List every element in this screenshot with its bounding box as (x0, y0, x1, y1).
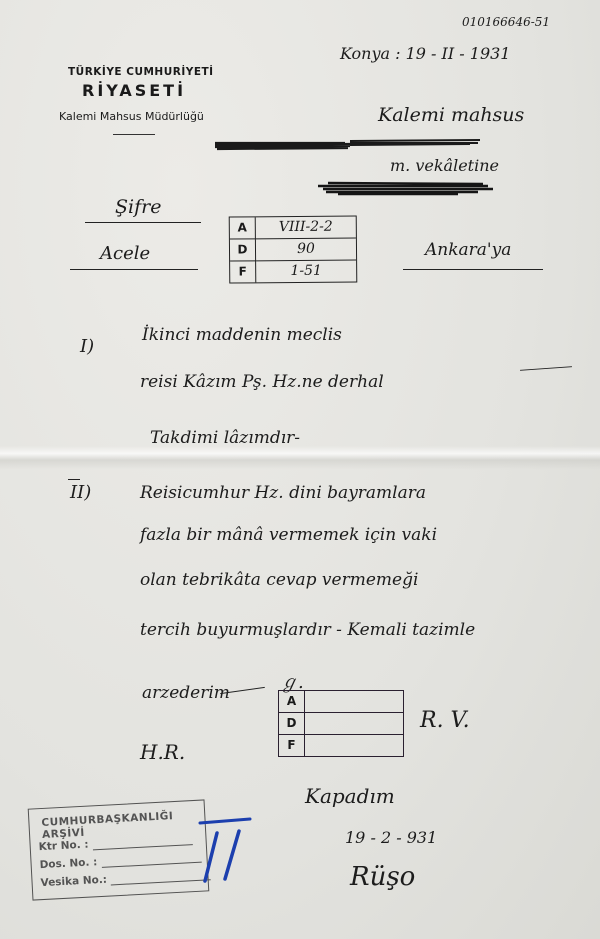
addressee-line-2: m. vekâletine (390, 156, 499, 175)
filing-label: F (279, 735, 305, 756)
item-1-line: İkinci maddenin meclis (142, 325, 342, 345)
item-2-line: Reisicumhur Hz. dini bayramlara (140, 483, 426, 503)
item-2-line: arzederim (142, 683, 230, 703)
stamp-label: Ktr No. : (38, 839, 88, 854)
filing-label: D (279, 713, 305, 735)
blue-pencil-mark-icon (195, 815, 255, 885)
item-1-line: Takdimi lâzımdır- (150, 428, 300, 448)
letterhead-department: Kalemi Mahsus Müdürlüğü (59, 110, 204, 123)
item-2-line: olan tebrikâta cevap vermemeği (140, 570, 418, 590)
stamp-label: Dos. No. : (39, 856, 97, 871)
stamp-line (101, 853, 201, 868)
filing-value (305, 713, 403, 735)
initials-right: R. V. (420, 708, 470, 733)
destination-label: Ankara'ya (425, 240, 511, 260)
item-1-number: I) (80, 336, 94, 357)
underline (70, 269, 198, 270)
filing-value: VIII-2-2 (256, 216, 356, 239)
archive-stamp: CUMHURBAŞKANLIĞI ARŞİVİ Ktr No. : Dos. N… (28, 799, 210, 900)
document-page: TÜRKİYE CUMHURİYETİ RİYASETİ Kalemi Mahs… (0, 0, 600, 939)
addressee-line-1: Kalemi mahsus (378, 104, 524, 126)
redaction-scribble (318, 180, 493, 196)
line-flourish (520, 366, 572, 371)
numeral-overbar (68, 479, 80, 480)
item-2-number: II) (70, 482, 91, 503)
filing-label: F (230, 261, 256, 282)
item-2-line: tercih buyurmuşlardır - Kemali tazimle (140, 620, 475, 640)
redaction-scribble (350, 137, 480, 147)
letterhead-office: RİYASETİ (82, 81, 186, 100)
stamp-row: Dos. No. : (39, 851, 201, 871)
cipher-label: Şifre (115, 196, 161, 218)
filing-value (305, 735, 403, 756)
filing-box-bottom: A D F (278, 690, 404, 757)
filing-value (305, 691, 403, 713)
letterhead-country: TÜRKİYE CUMHURİYETİ (68, 66, 214, 78)
filing-label: A (279, 691, 305, 713)
signature-date: 19 - 2 - 931 (345, 828, 437, 847)
filing-label: A (230, 217, 256, 239)
item-1-line: reisi Kâzım Pş. Hz.ne derhal (140, 372, 384, 392)
stamp-row: Vesika No.: (40, 868, 211, 889)
item-2-line: fazla bir mânâ vermemek için vaki (140, 525, 437, 545)
stamp-label: Vesika No.: (40, 874, 107, 889)
stamp-line (92, 835, 192, 850)
initials-left: H.R. (140, 740, 185, 764)
closing-note: Kapadım (305, 784, 395, 808)
archive-number: 010166646-51 (462, 15, 550, 29)
filing-value: 90 (256, 238, 356, 261)
urgency-label: Acele (100, 243, 150, 264)
filing-label: D (230, 239, 256, 261)
redaction-scribble (215, 140, 350, 152)
place-date: Konya : 19 - II - 1931 (340, 44, 510, 63)
underline (85, 222, 201, 223)
filing-box-top: A VIII-2-2 D 90 F 1-51 (229, 215, 358, 283)
letterhead-divider (113, 134, 155, 135)
filing-value: 1-51 (256, 260, 356, 282)
signature: Rüşo (350, 862, 415, 892)
underline (403, 269, 543, 270)
